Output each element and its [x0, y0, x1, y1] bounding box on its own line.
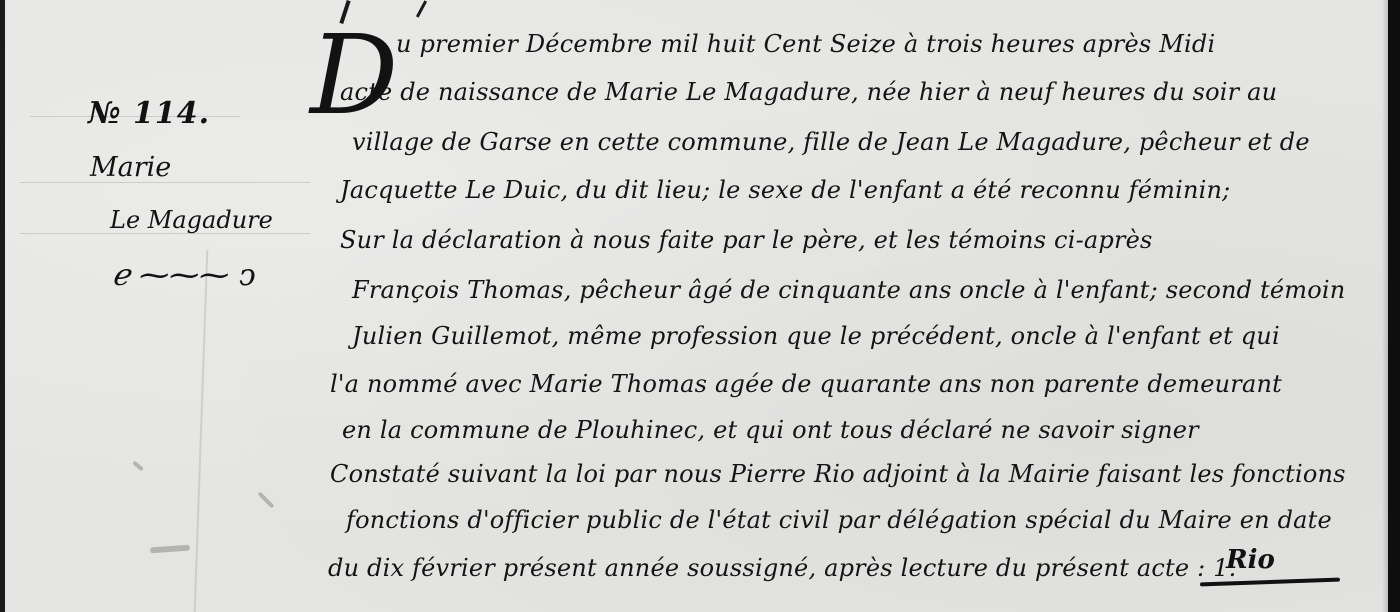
text-line-11: fonctions d'officier public de l'état ci…	[346, 506, 1332, 534]
decorated-initial: D	[310, 20, 398, 130]
text-line-4: Jacquette Le Duic, du dit lieu; le sexe …	[340, 176, 1230, 204]
text-line-6: François Thomas, pêcheur âgé de cinquant…	[352, 276, 1345, 304]
scan-right-border	[1388, 0, 1400, 612]
text-line-10: Constaté suivant la loi par nous Pierre …	[330, 460, 1346, 488]
text-line-5: Sur la déclaration à nous faite par le p…	[340, 226, 1153, 254]
officer-signature: Rio	[1226, 545, 1275, 575]
register-margin: № 114. Marie Le Magadure ℯ ⁓⁓⁓ ↄ	[0, 0, 310, 612]
margin-first-name: Marie	[90, 152, 171, 183]
entry-number: № 114.	[88, 96, 210, 131]
text-line-8: l'a nommé avec Marie Thomas agée de quar…	[330, 370, 1282, 398]
margin-flourish: ℯ ⁓⁓⁓ ↄ	[112, 258, 256, 293]
text-line-1: u premier Décembre mil huit Cent Seize à…	[396, 30, 1215, 58]
margin-surname: Le Magadure	[110, 206, 273, 234]
text-line-9: en la commune de Plouhinec, et qui ont t…	[342, 416, 1199, 444]
text-line-7: Julien Guillemot, même profession que le…	[352, 322, 1280, 350]
text-line-12: du dix février présent année soussigné, …	[328, 554, 1237, 582]
text-line-2: acte de naissance de Marie Le Magadure, …	[340, 78, 1277, 106]
text-line-3: village de Garse en cette commune, fille…	[352, 128, 1310, 156]
